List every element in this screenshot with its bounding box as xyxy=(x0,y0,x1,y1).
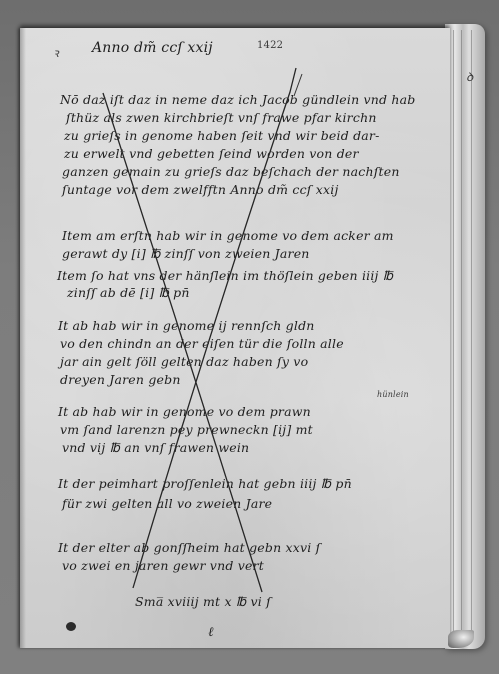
text-line: ganzen gemain zu grieſs daz beſchach der… xyxy=(62,164,400,179)
text-line: ſuntage vor dem zwelfftn Anno dm̃ ccſ xx… xyxy=(62,182,339,197)
page-edge-line xyxy=(461,30,462,641)
page-edge-line xyxy=(453,30,454,641)
page-edge-line xyxy=(471,30,472,641)
text-line: ſthüz als zwen kirchbrieſt vnſ frawe pfa… xyxy=(66,110,377,125)
margin-mark: ꝛ xyxy=(53,44,59,61)
text-line: zu grieſs in genome haben ſeit vnd wir b… xyxy=(64,128,380,143)
header-title: Anno dm̃ ccſ xxij xyxy=(92,40,213,56)
text-line: Item am erſtn hab wir in genome vo dem a… xyxy=(62,228,394,243)
ink-blot xyxy=(66,622,76,631)
text-line: vnd vij ℔ an vnſ frawen wein xyxy=(62,440,249,455)
year-note: 1422 xyxy=(257,40,283,51)
right-margin-mark: ꝺ xyxy=(466,68,473,85)
folio-mark: ℓ xyxy=(208,624,214,640)
text-line: Item ſo hat vns der hänſlein im thöſlein… xyxy=(57,268,393,283)
text-line: gerawt dy [i] ℔ zinſſ von zweien Jaren xyxy=(62,246,310,261)
text-line: Nō daz iſt daz in neme daz ich Jacob gün… xyxy=(60,92,416,107)
text-line: It der peimhart proſſenlein hat gebn iii… xyxy=(58,476,352,491)
text-line: für zwi gelten all vo zweien Jare xyxy=(62,496,272,511)
text-line: zinſſ ab dē [i] ℔ pn̄ xyxy=(67,285,190,300)
page-stack-edge: ꝺ xyxy=(445,24,485,649)
text-line: dreyen Jaren gebn xyxy=(60,372,181,387)
text-line: It ab hab wir in genome vo dem prawn xyxy=(58,404,311,419)
text-line: zu erwelt vnd gebetten ſeind worden von … xyxy=(64,146,359,161)
text-line: vo zwei en jaren gewr vnd vert xyxy=(62,558,264,573)
text-line: It ab hab wir in genome ij rennſch gldn xyxy=(58,318,315,333)
text-line: vm ſand larenzn pey prewneckn [ij] mt xyxy=(60,422,313,437)
text-line: vo den chindn an der eiſen tür die ſolln… xyxy=(60,336,344,351)
text-line: It der elter ab gonſſheim hat gebn xxvi … xyxy=(58,540,320,555)
summary-line: Sma̅ xviiij mt x ℔ vi ſ xyxy=(135,594,271,609)
margin-note: hünlein xyxy=(377,390,409,399)
text-line: jar ain gelt ſöll gelten daz haben ſy vo xyxy=(60,354,308,369)
